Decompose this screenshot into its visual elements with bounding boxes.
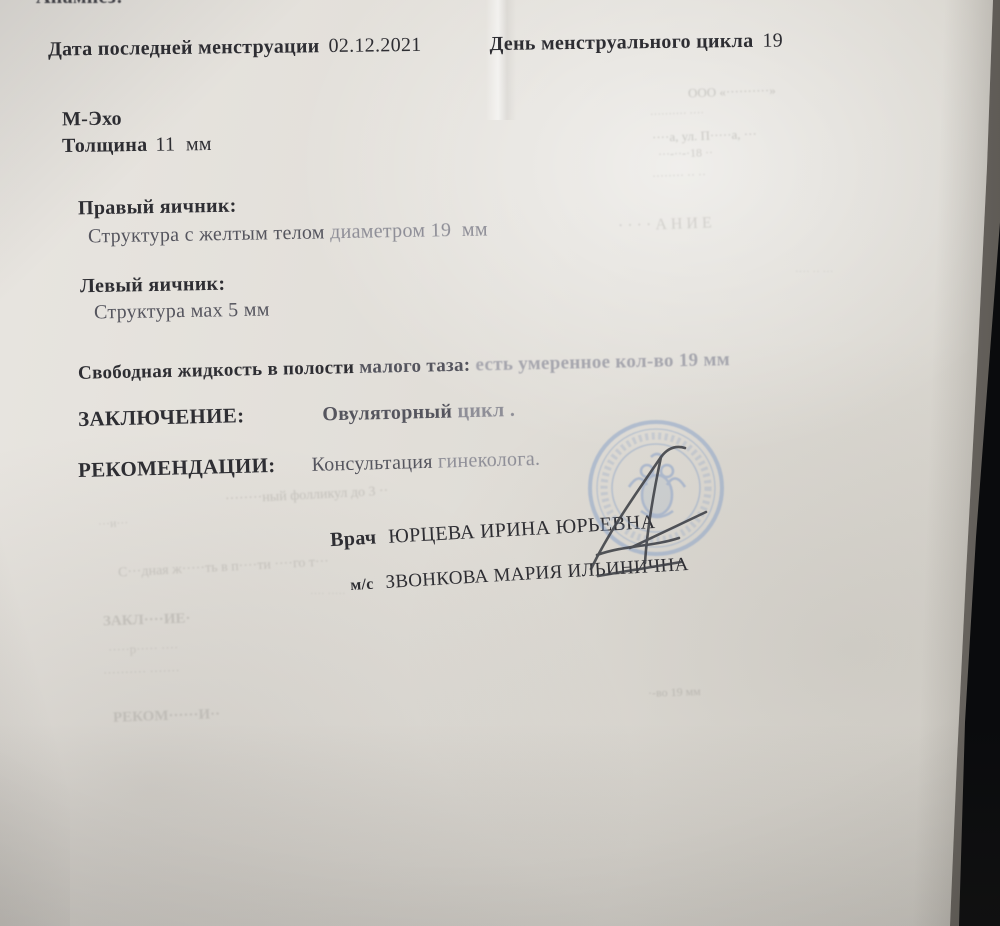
thickness-value: 11 мм [155,133,212,156]
right-ovary-desc-a: Структура с желтым телом [88,221,325,247]
top-cut-text: Анамнез: ········ [36,0,184,9]
conclusion-label: ЗАКЛЮЧЕНИЕ: [78,403,245,431]
last-menstruation-value: 02.12.2021 [328,34,421,57]
ghost-text: ···· ·· ··· [795,266,833,278]
ghost-text: ООО «··········» [688,82,776,101]
doctor-signature [555,395,755,605]
m-echo-title: М-Эхо [62,108,122,132]
nurse-label: м/с [350,576,374,594]
ghost-text: ·-во 19 мм [648,684,701,701]
ghost-text: ·····р····· ···· [108,640,179,658]
ghost-text: ····АНИЕ [618,214,716,235]
conclusion-value-a: Овуляторный [322,400,452,425]
right-ovary-title: Правый яичник: [78,195,237,221]
recommendations-value-b: гинеколога. [432,448,540,473]
right-ovary-desc-b: диаметром 19 мм [325,219,488,244]
conclusion-value-b: цикл . [452,399,515,422]
doctor-label: Врач [330,527,377,552]
free-fluid-label-a: Свободная жидкость в полости [78,357,355,384]
free-fluid-value: есть умеренное кол-во 19 мм [470,349,730,375]
ghost-text: ···и··· [98,515,129,532]
m-echo-thickness: Толщина11 мм [62,133,212,158]
recommendations-label: РЕКОМЕНДАЦИИ: [78,453,276,482]
ghost-text: ········ ·· ·· [652,167,706,184]
free-fluid-label-b: малого таза: [354,355,471,378]
recommendations-value-a: Консультация [311,451,433,476]
left-ovary-description: Структура мах 5 мм [94,298,270,324]
thickness-label: Толщина [62,134,148,157]
last-menstruation-label: Дата последней менструации [48,35,320,60]
ghost-text: ·········· ···· [650,107,704,121]
ghost-text: ···-··-·18 ·· [658,145,713,162]
ghost-text: ·········· ······· [103,663,180,682]
ghost-text: ···· ····· [310,588,346,600]
left-ovary-title: Левый яичник: [80,273,226,299]
cycle-day-value: 19 [762,30,783,52]
ghost-text: ЗАКЛ····ИЕ· [103,610,191,630]
photographed-medical-report: ООО «··········» ·········· ···· ····а, … [0,0,1000,926]
cycle-day-label: День менструального цикла [489,30,753,55]
